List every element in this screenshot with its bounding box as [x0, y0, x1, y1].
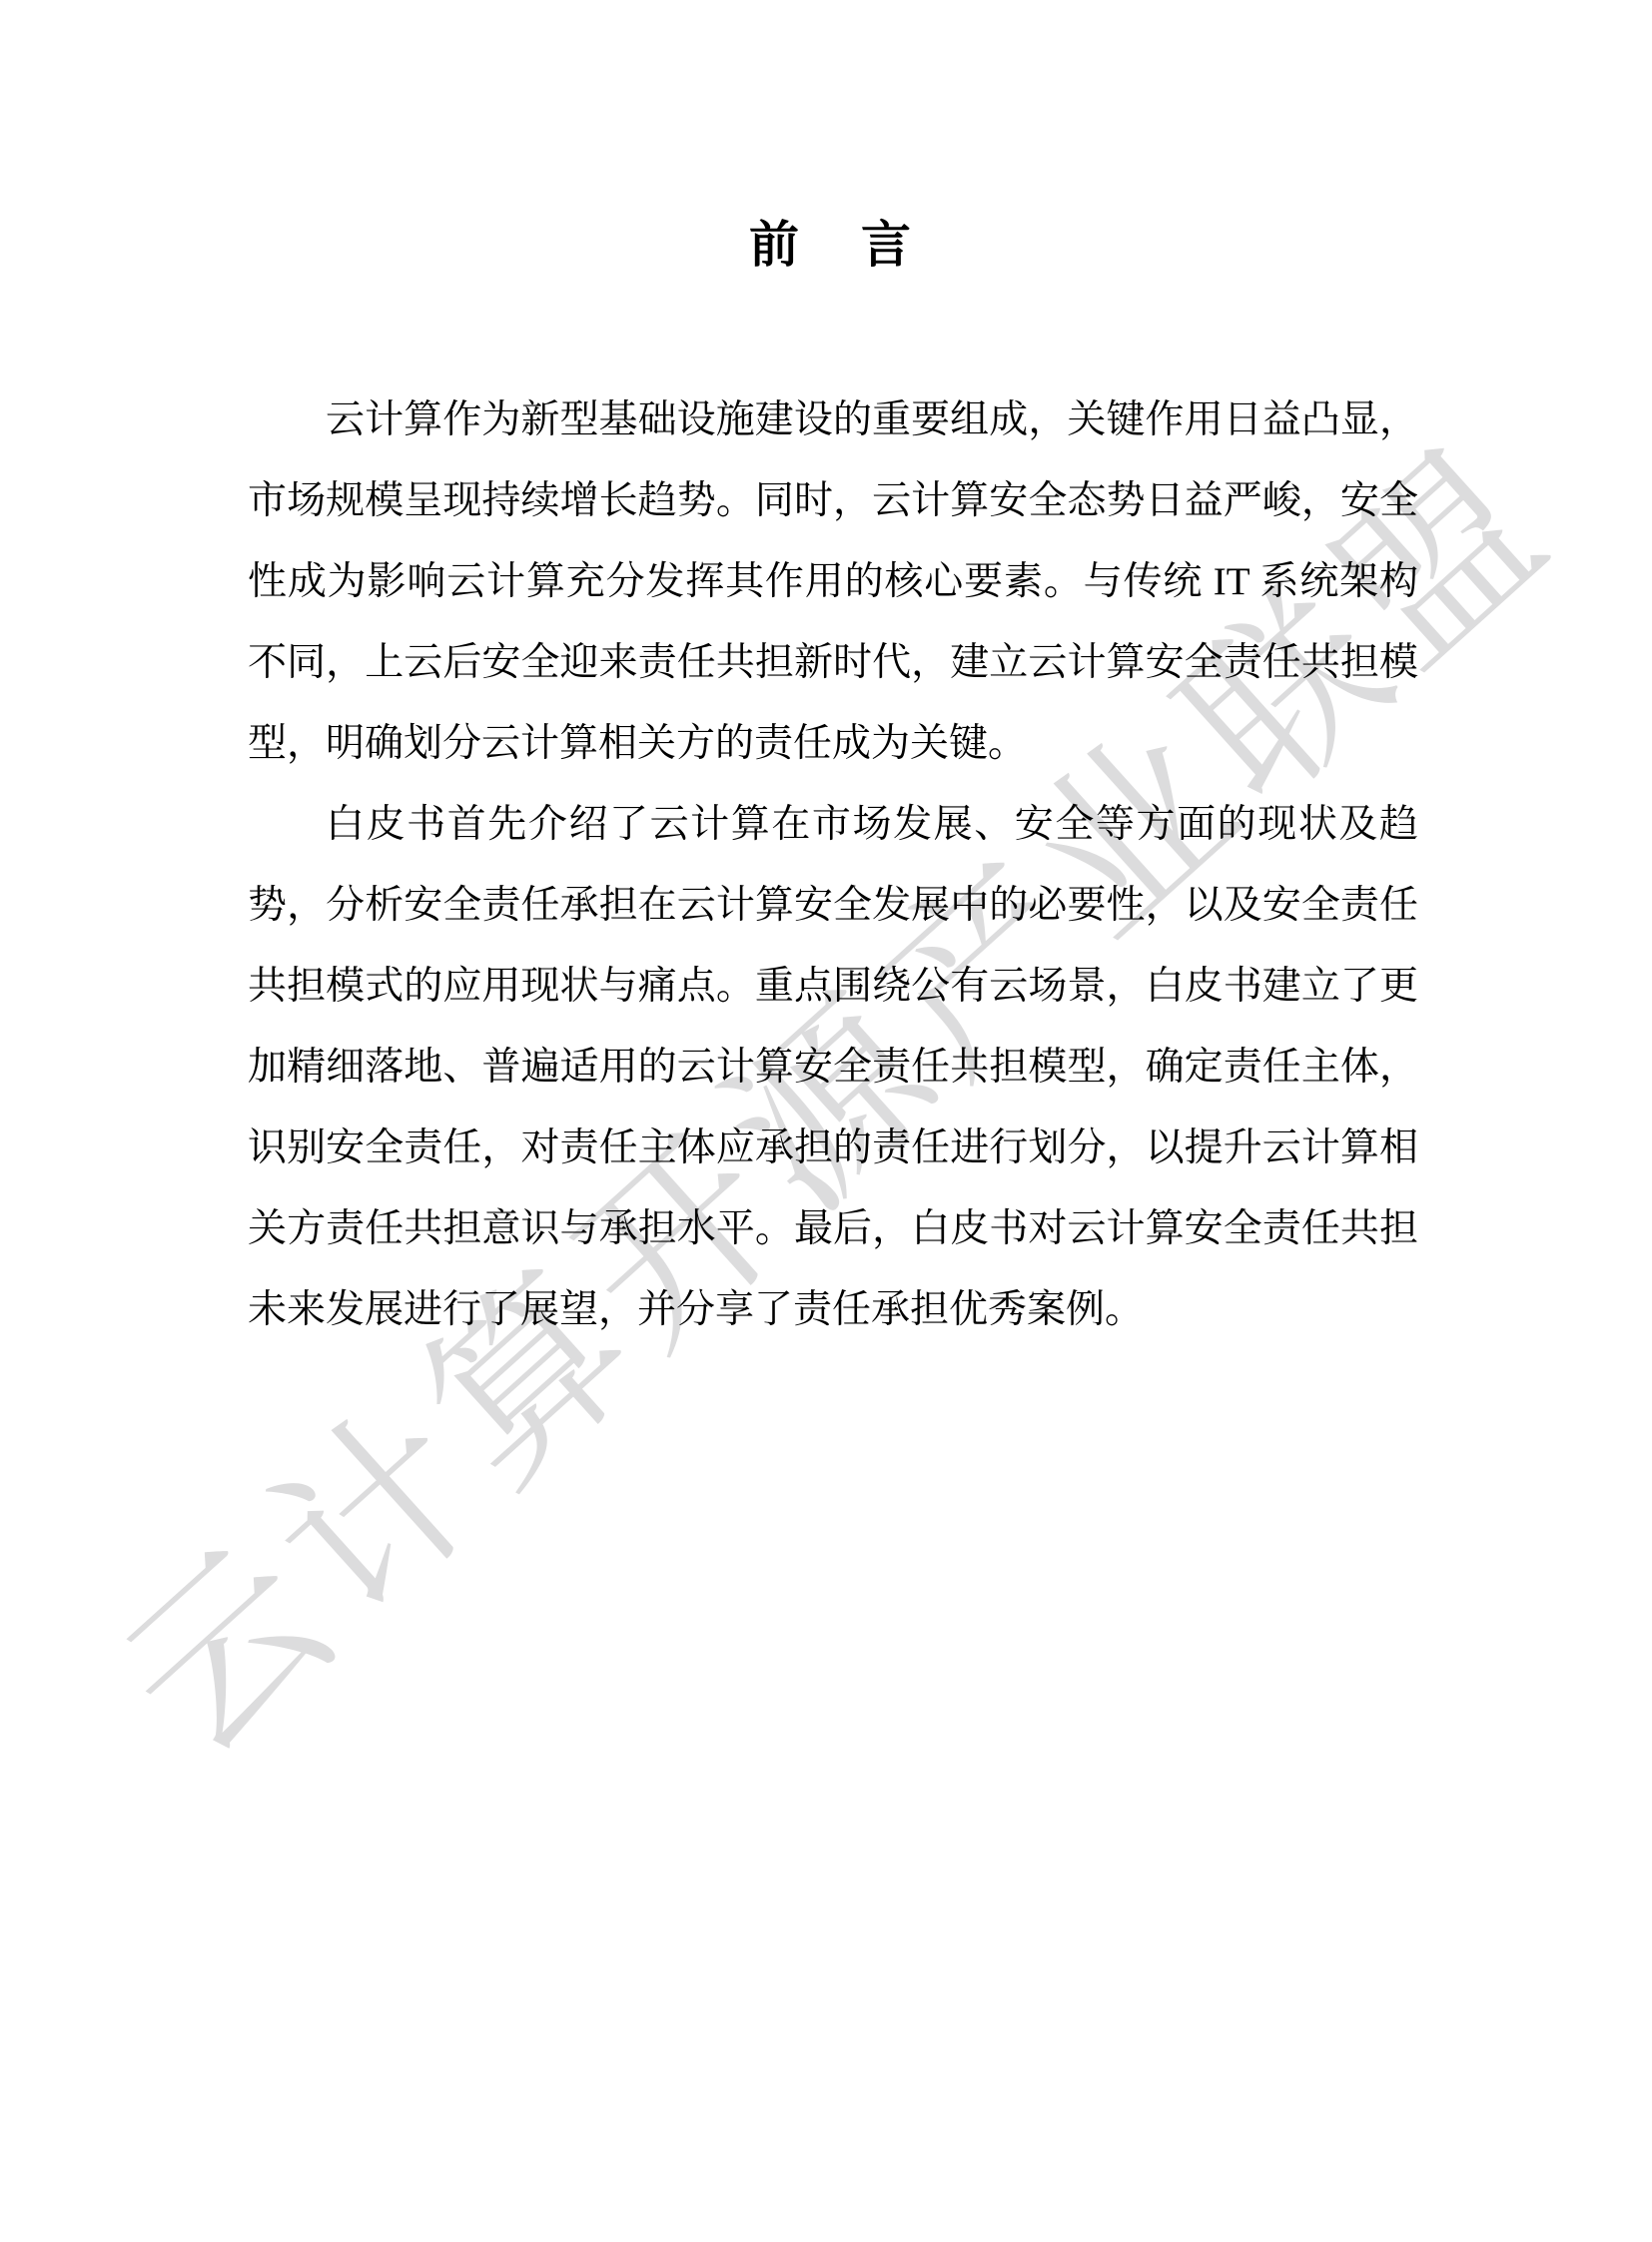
page-content: 前 言 云计算作为新型基础设施建设的重要组成，关键作用日益凸显，市场规模呈现持续… — [248, 0, 1418, 1350]
page-title: 前 言 — [248, 212, 1418, 278]
body-text: 云计算作为新型基础设施建设的重要组成，关键作用日益凸显，市场规模呈现持续增长趋势… — [248, 379, 1418, 1350]
paragraph: 云计算作为新型基础设施建设的重要组成，关键作用日益凸显，市场规模呈现持续增长趋势… — [248, 379, 1418, 784]
document-page: 云计算开源产业联盟 前 言 云计算作为新型基础设施建设的重要组成，关键作用日益凸… — [0, 0, 1652, 2242]
paragraph: 白皮书首先介绍了云计算在市场发展、安全等方面的现状及趋势，分析安全责任承担在云计… — [248, 784, 1418, 1350]
